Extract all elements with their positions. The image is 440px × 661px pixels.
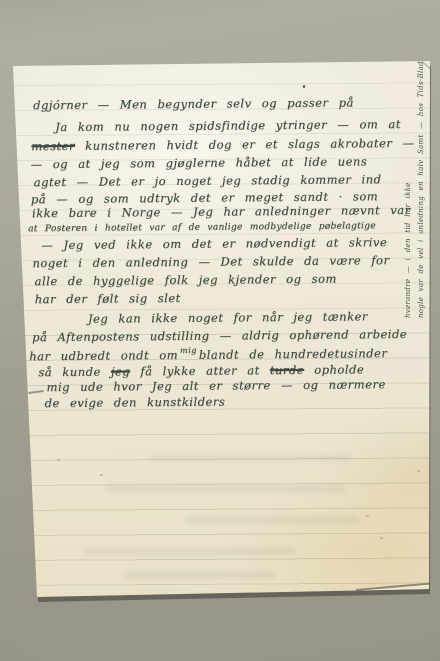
handwriting-layer: dgjórner — Men begynder selv og passer p… <box>0 0 440 661</box>
handwriting-line: på Aftenpostens udstilling — aldrig ophø… <box>32 327 407 344</box>
handwriting-line: Jeg kan ikke noget for når jeg tænker <box>88 309 368 325</box>
margin-note: hverandre — i den tid har ikke nogle var… <box>402 66 428 318</box>
handwriting-line: har der følt sig slet <box>35 291 181 306</box>
manuscript-page: dgjórner — Men begynder selv og passer p… <box>0 0 440 661</box>
handwriting-line: — Jeg ved ikke om det er nødvendigt at s… <box>41 235 387 252</box>
struck-word: jeg <box>111 364 130 378</box>
rust-speck <box>417 470 420 472</box>
margin-note-line: hverandre — i den tid har ikke <box>402 66 415 318</box>
photograph-of-letter: dgjórner — Men begynder selv og passer p… <box>0 0 440 661</box>
handwriting-line: at Posteren i hotellet var af de vanlige… <box>28 219 376 236</box>
handwriting-line: alle de hyggelige folk jeg kjender og so… <box>35 272 337 289</box>
handwriting-line: — og at jeg som gjøglerne håbet at lide … <box>30 154 367 171</box>
struck-word: turde <box>270 363 304 377</box>
handwriting-line: noget i den anledning — Det skulde da væ… <box>32 253 389 270</box>
handwriting-line: så kunde jeg få lykke atter at turde oph… <box>38 362 364 379</box>
rust-speck <box>366 515 369 517</box>
rust-speck <box>100 474 103 476</box>
handwriting-line: mester kunstneren hvidt dog er et slags … <box>31 136 414 153</box>
handwriting-line: Ja kom nu nogen spidsfindige ytringer — … <box>55 117 401 134</box>
struck-word: mester <box>31 139 75 153</box>
handwriting-line: de evige den kunstkilders <box>45 395 226 411</box>
rust-speck <box>380 537 383 539</box>
handwriting-line: mig ude hvor Jeg alt er større — og nærm… <box>46 377 385 394</box>
ink-speck <box>303 85 305 88</box>
margin-note-line: nogle var de vel i anledning en halv Sam… <box>415 66 428 318</box>
handwriting-line: agtet — Det er jo noget jeg stadig komme… <box>34 172 382 189</box>
handwriting-line: dgjórner — Men begynder selv og passer p… <box>33 95 354 112</box>
handwriting-line: ikke bare i Norge — Jeg har anledninger … <box>32 203 411 220</box>
inserted-word: mig <box>180 346 197 355</box>
rust-speck <box>57 459 60 461</box>
